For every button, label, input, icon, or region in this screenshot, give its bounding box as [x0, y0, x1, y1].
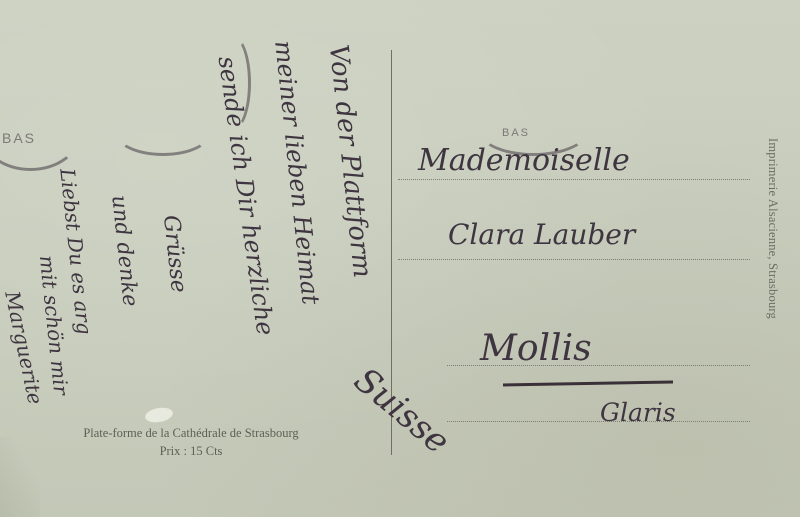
address-salutation: Mademoiselle: [418, 143, 630, 178]
message-line: Von der Plattform: [323, 43, 377, 279]
caption-title: Plate-forme de la Cathédrale de Strasbou…: [36, 424, 346, 442]
printer-imprint: Imprimerie Alsacienne, Strasbourg: [765, 138, 780, 319]
address-line: [398, 259, 750, 260]
postmark-stamp: [115, 110, 211, 156]
printed-caption: Plate-forme de la Cathédrale de Strasbou…: [36, 424, 346, 460]
address-recipient: Clara Lauber: [448, 218, 635, 251]
handwritten-underline: [503, 381, 673, 387]
message-line: meiner lieben Heimat: [269, 39, 325, 306]
paper-crease: [144, 406, 174, 425]
worn-corner: [0, 437, 40, 517]
address-town: Mollis: [480, 328, 592, 369]
postmark-text: BAS: [2, 130, 36, 146]
address-line: [398, 179, 750, 180]
message-line: sende ich Dir herzliche: [213, 54, 280, 337]
address-canton: Glaris: [600, 398, 676, 427]
caption-price: Prix : 15 Cts: [36, 442, 346, 460]
postmark-text: BAS: [502, 127, 530, 139]
message-line: Grüsse: [158, 214, 191, 294]
address-line: [447, 421, 750, 422]
message-line: und denke: [107, 194, 143, 308]
address-country: Suisse: [346, 360, 457, 462]
postcard-back: BAS BAS Imprimerie Alsacienne, Strasbour…: [0, 0, 800, 517]
